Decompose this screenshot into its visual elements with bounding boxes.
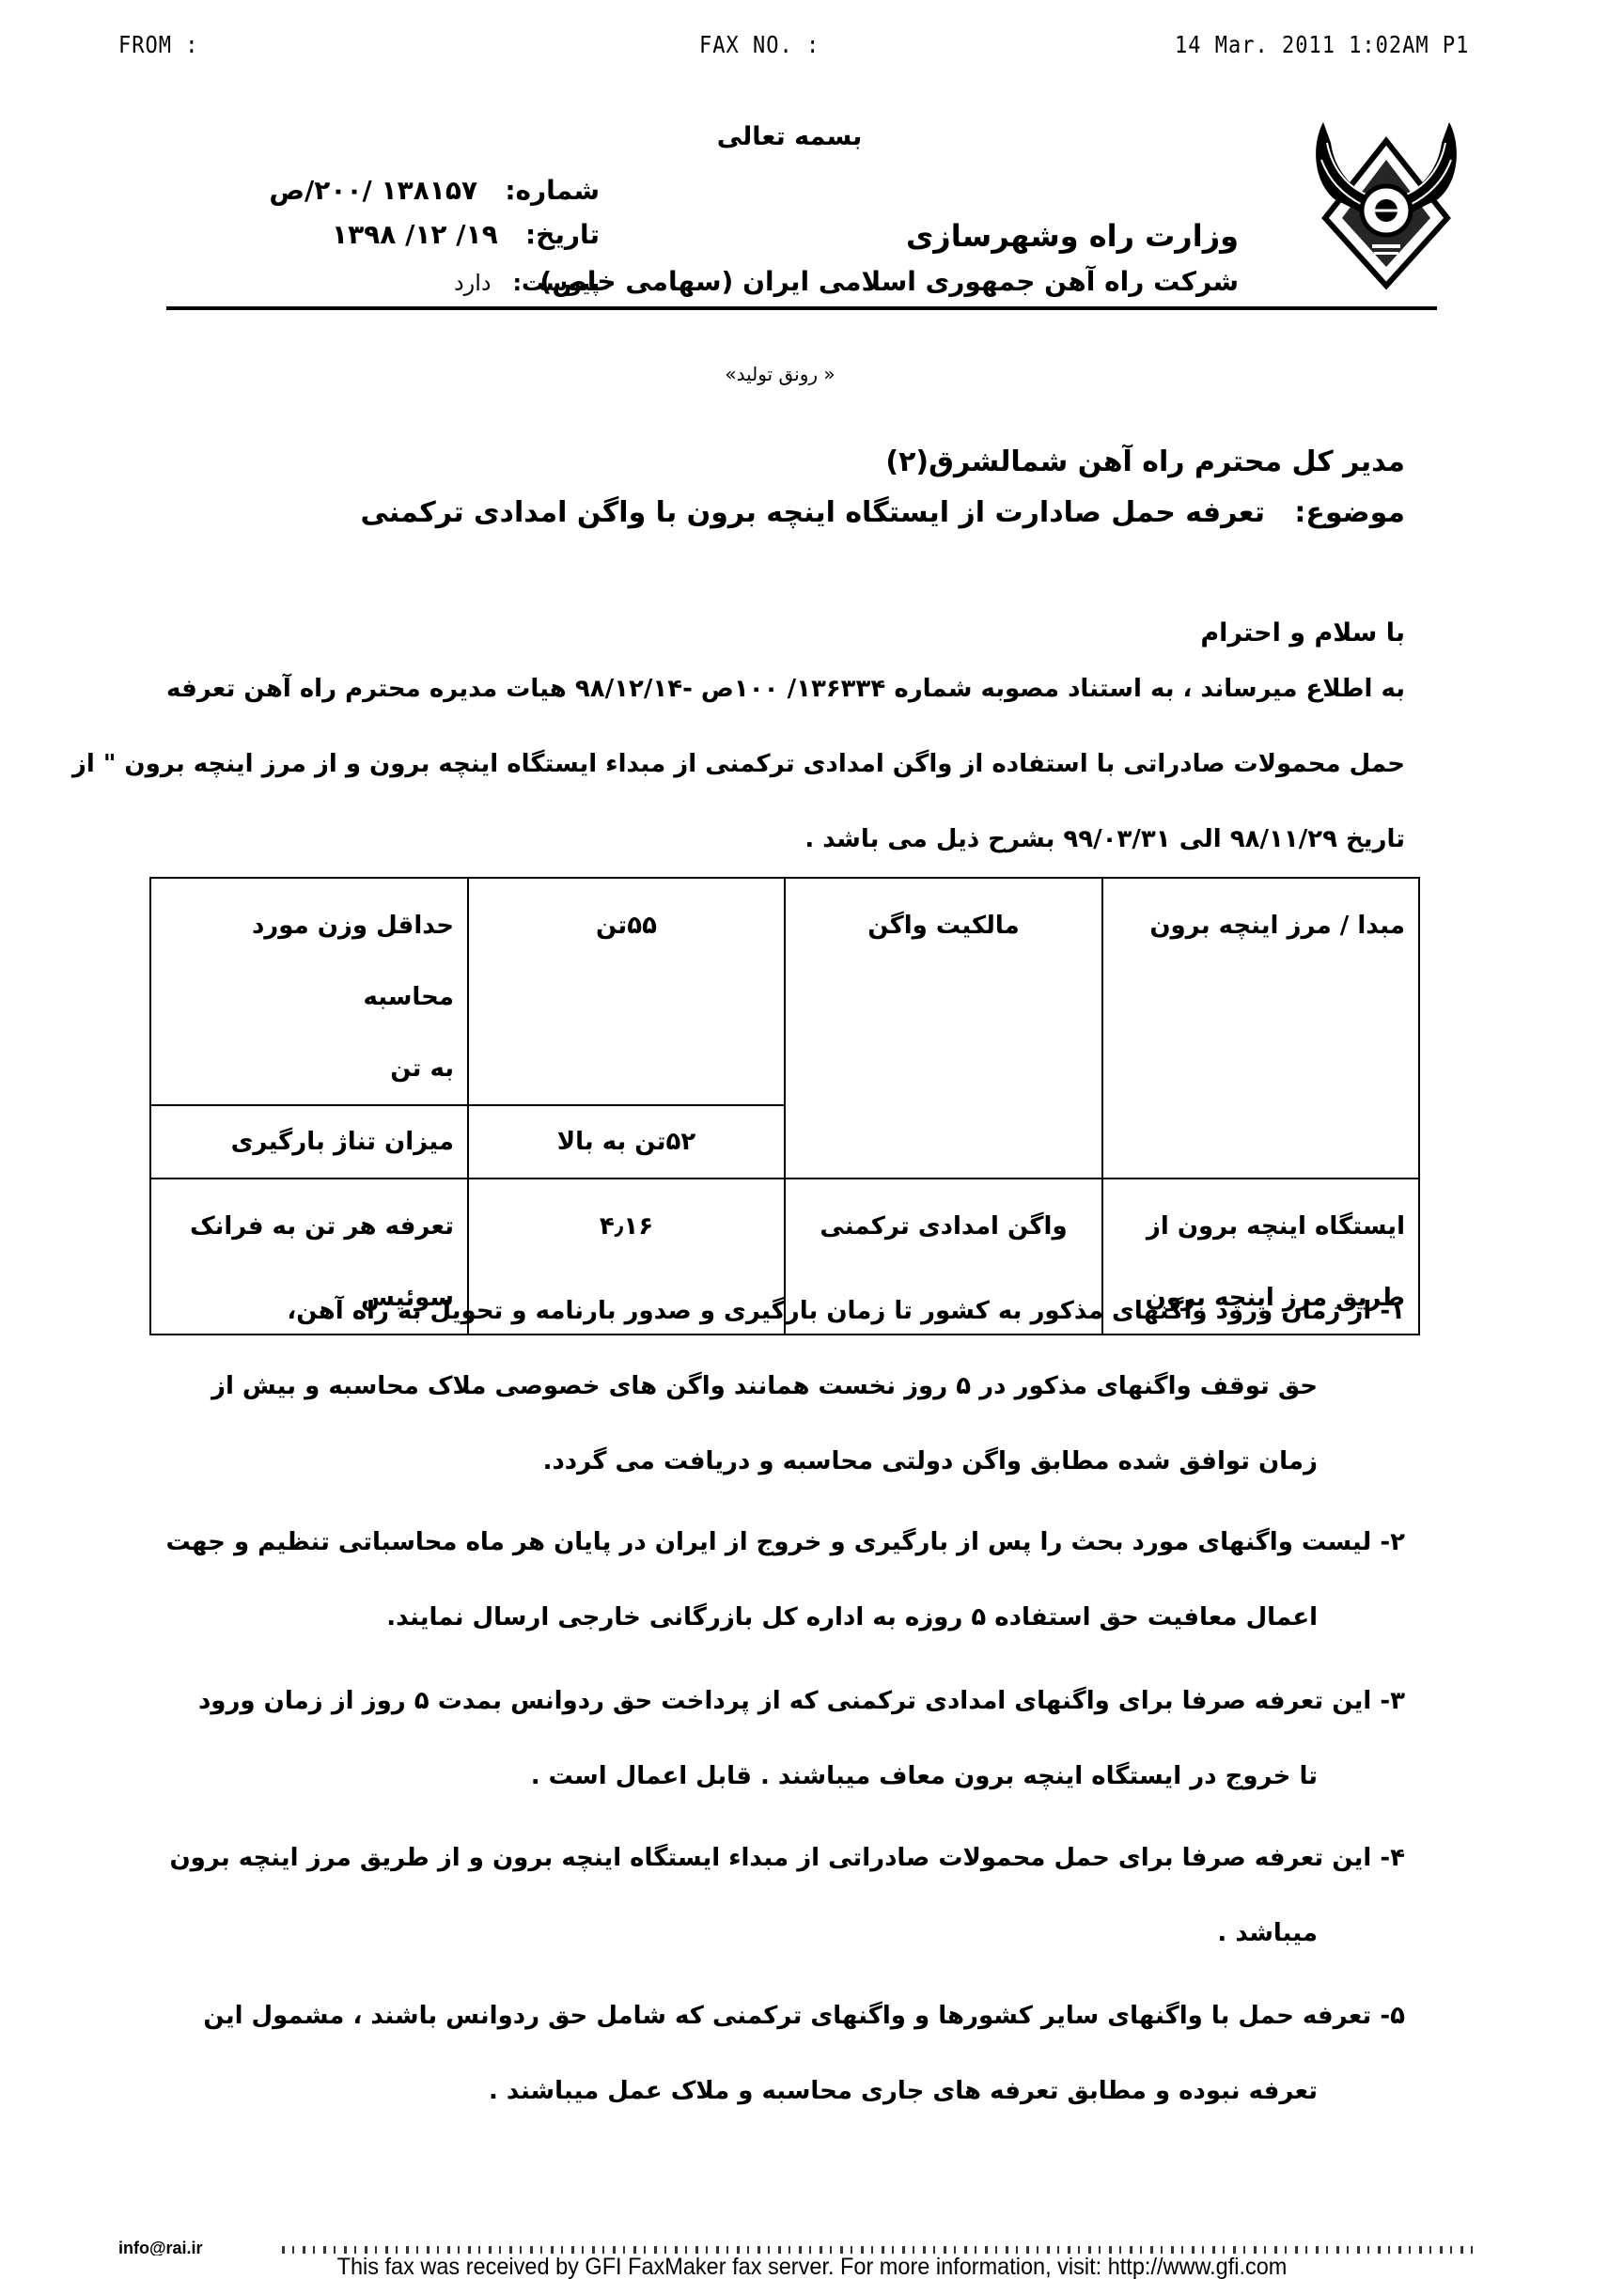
fax-from-label: FROM : — [118, 32, 198, 59]
reference-number-label: شماره: — [505, 175, 600, 206]
body-line: به اطلاع میرساند ، به استناد مصوبه شماره… — [166, 675, 1405, 703]
reference-date: تاریخ: ۱۹/ ۱۲/ ۱۳۹۸ — [332, 219, 600, 250]
table-cell-wagon-ownership-header: مالکیت واگن — [785, 878, 1102, 1179]
attachment-value: دارد — [454, 270, 492, 296]
addressee: مدیر کل محترم راه آهن شمالشرق(۲) — [885, 445, 1405, 478]
footer-contact-garbled — [282, 2246, 1476, 2254]
condition-5-line: تعرفه نبوده و مطابق تعرفه های جاری محاسب… — [489, 2077, 1318, 2105]
letterhead-divider — [166, 306, 1437, 310]
table-cell-origin-header: مبدا / مرز اینچه برون — [1102, 878, 1419, 1179]
fax-timestamp: 14 Mar. 2011 1:02AM P1 — [1175, 32, 1469, 59]
fax-number-label: FAX NO. : — [699, 32, 820, 59]
greeting: با سلام و احترام — [1200, 618, 1405, 648]
company-name: شرکت راه آهن جمهوری اسلامی ایران (سهامی … — [539, 266, 1239, 297]
reference-number-value: ۱۳۸۱۵۷ /۲۰۰/ص — [269, 175, 477, 206]
slogan: « رونق تولید» — [658, 363, 902, 385]
condition-4-line: میباشد . — [1217, 1919, 1318, 1947]
body-line: تاریخ ۹۸/۱۱/۲۹ الی ۹۹/۰۳/۳۱ بشرح ذیل می … — [804, 825, 1405, 853]
winged-railway-emblem-icon — [1306, 105, 1466, 289]
table-cell-load-tonnage-value: ۵۲تن به بالا — [468, 1105, 785, 1179]
tariff-table: مبدا / مرز اینچه برون مالکیت واگن ۵۵تن ح… — [149, 877, 1420, 1335]
reference-date-value: ۱۹/ ۱۲/ ۱۳۹۸ — [332, 219, 498, 250]
condition-3-line: تا خروج در ایستگاه اینچه برون معاف میباش… — [531, 1762, 1318, 1790]
condition-2-line: ۲- لیست واگنهای مورد بحث را پس از بارگیر… — [165, 1528, 1405, 1556]
gfi-faxmaker-banner: This fax was received by GFI FaxMaker fa… — [49, 2254, 1575, 2279]
ministry-name: وزارت راه وشهرسازی — [906, 218, 1239, 254]
invocation-heading: بسمه تعالی — [658, 122, 921, 151]
reference-number: شماره: ۱۳۸۱۵۷ /۲۰۰/ص — [269, 175, 600, 206]
subject-line: موضوع: تعرفه حمل صادارت از ایستگاه اینچه… — [361, 496, 1405, 529]
table-header-row: مبدا / مرز اینچه برون مالکیت واگن ۵۵تن ح… — [150, 878, 1419, 1105]
table-cell-min-weight-value: ۵۵تن — [468, 878, 785, 1105]
condition-3-line: ۳- این تعرفه صرفا برای واگنهای امدادی تر… — [198, 1687, 1405, 1715]
condition-1-line: زمان توافق شده مطابق واگن دولتی محاسبه و… — [543, 1447, 1318, 1475]
subject-text: تعرفه حمل صادارت از ایستگاه اینچه برون ب… — [361, 496, 1265, 529]
reference-date-label: تاریخ: — [525, 219, 600, 250]
body-line: حمل محمولات صادراتی با استفاده از واگن ا… — [72, 750, 1405, 778]
subject-label: موضوع: — [1294, 496, 1405, 529]
table-cell-load-tonnage-label: میزان تناژ بارگیری — [150, 1105, 468, 1179]
condition-4-line: ۴- این تعرفه صرفا برای حمل محمولات صادرا… — [169, 1844, 1405, 1872]
condition-1-line: ۱- از زمان ورود واگنهای مذکور به کشور تا… — [287, 1297, 1405, 1325]
table-cell-min-weight-label: حداقل وزن مورد محاسبه به تن — [150, 878, 468, 1105]
condition-1-line: حق توقف واگنهای مذکور در ۵ روز نخست همان… — [211, 1372, 1318, 1400]
condition-2-line: اعمال معافیت حق استفاده ۵ روزه به اداره … — [386, 1603, 1318, 1631]
condition-5-line: ۵- تعرفه حمل با واگنهای سایر کشورها و وا… — [203, 2002, 1405, 2030]
